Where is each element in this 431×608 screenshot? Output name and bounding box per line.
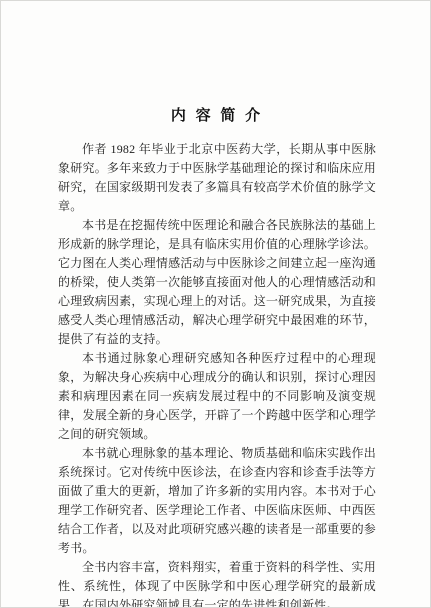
- intro-paragraph: 本书通过脉象心理研究感知各种医疗过程中的心理现象，为解决身心疾病中心理成分的确认…: [58, 349, 376, 444]
- page-title: 内 容 简 介: [58, 104, 376, 125]
- intro-paragraph: 全书内容丰富，资料翔实，着重于资料的科学性、实用性、系统性，体现了中医脉学和中医…: [58, 558, 376, 608]
- book-page: 内 容 简 介 作者 1982 年毕业于北京中医药大学，长期从事中医脉象研究。多…: [0, 0, 431, 608]
- intro-paragraph: 本书是在挖掘传统中医理论和融合各民族脉法的基础上形成新的脉学理论，是具有临床实用…: [58, 216, 376, 349]
- intro-paragraph: 本书就心理脉象的基本理论、物质基础和临床实践作出系统探讨。它对传统中医诊法，在诊…: [58, 444, 376, 558]
- intro-body: 作者 1982 年毕业于北京中医药大学，长期从事中医脉象研究。多年来致力于中医脉…: [58, 140, 376, 608]
- intro-paragraph: 作者 1982 年毕业于北京中医药大学，长期从事中医脉象研究。多年来致力于中医脉…: [58, 140, 376, 216]
- page-content: 内 容 简 介 作者 1982 年毕业于北京中医药大学，长期从事中医脉象研究。多…: [58, 104, 376, 608]
